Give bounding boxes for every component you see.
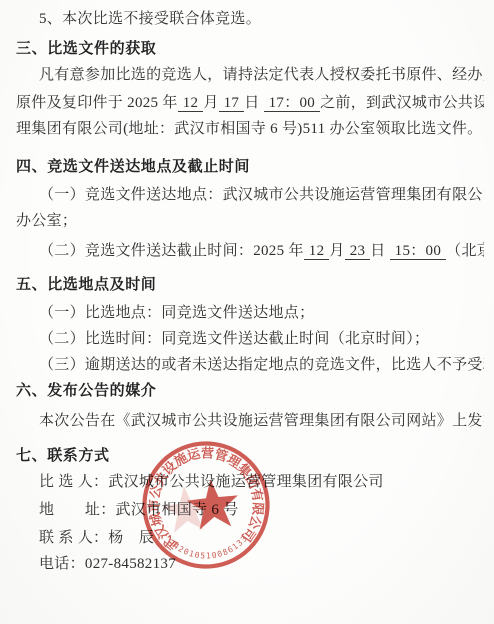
seal-company-text: 武汉城市公共设施运营管理集团有限公司 — [140, 439, 270, 555]
heading-section-3: 三、比选文件的获取 — [16, 36, 484, 62]
section-4-item-1-line-1: （一）竞选文件送达地点：武汉城市公共设施运营管理集团有限公司 511 — [16, 182, 484, 208]
svg-text:市: 市 — [146, 499, 161, 512]
section-4-item-1-line-2: 办公室； — [16, 208, 484, 234]
company-seal: 武汉城市公共设施运营管理集团有限公司 42010510086133 — [131, 430, 281, 580]
section-4-item-2: （二）竞选文件送达截止时间：2025 年12月23日 15：00（北京时间）。 — [16, 238, 484, 264]
section-5-item-3: （三）逾期送达的或者未送达指定地点的竞选文件，比选人不予受理。 — [16, 352, 484, 378]
scanned-announcement-page: 5、本次比选不接受联合体竞选。三、比选文件的获取凡有意参加比选的竞选人，请持法定… — [0, 0, 494, 624]
heading-section-4: 四、竞选文件送达地点及截止时间 — [16, 154, 484, 180]
section-3-para-line-3: 理集团有限公司(地址：武汉市相国寺 6 号)511 办公室领取比选文件。 — [16, 116, 484, 142]
section-5-item-1: （一）比选地点：同竞选文件送达地点； — [16, 300, 484, 326]
clause-2-item-5: 5、本次比选不接受联合体竞选。 — [16, 6, 484, 32]
heading-section-6: 六、发布公告的媒介 — [16, 378, 484, 404]
section-3-para-line-1: 凡有意参加比选的竞选人，请持法定代表人授权委托书原件、经办人身份证 — [16, 62, 484, 88]
heading-section-5: 五、比选地点及时间 — [16, 272, 484, 298]
section-5-item-2: （二）比选时间：同竞选文件送达截止时间（北京时间）； — [16, 326, 484, 352]
svg-text:营: 营 — [201, 445, 214, 460]
svg-text:5: 5 — [200, 551, 206, 560]
seal-group: 武汉城市公共设施运营管理集团有限公司 42010510086133 — [138, 437, 273, 572]
section-3-para-line-2: 原件及复印件于 2025 年12月17日 17：00之前，到武汉城市公共设施运营… — [16, 90, 484, 116]
svg-text:有: 有 — [248, 487, 265, 503]
